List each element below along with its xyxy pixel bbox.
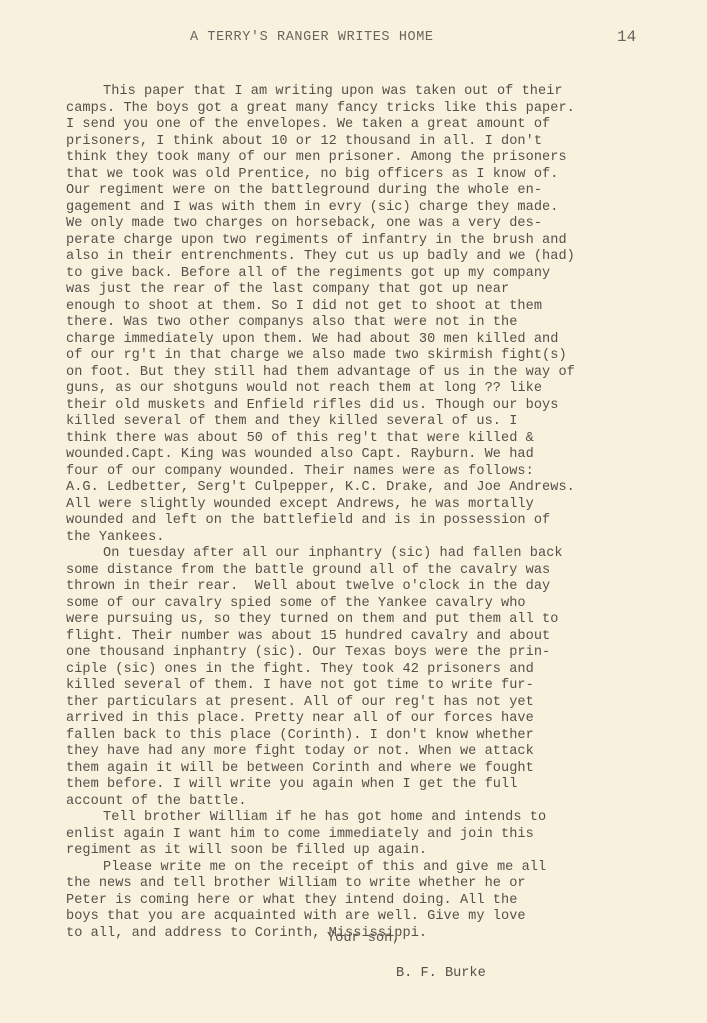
letter-line: enough to shoot at them. So I did not ge…: [66, 299, 686, 316]
letter-line: perate charge upon two regiments of infa…: [66, 233, 686, 250]
running-title: A TERRY'S RANGER WRITES HOME: [190, 30, 434, 45]
letter-line: some of our cavalry spied some of the Ya…: [66, 596, 686, 613]
letter-line: flight. Their number was about 15 hundre…: [66, 629, 686, 646]
letter-signature: B. F. Burke: [396, 966, 486, 981]
letter-line: they have had any more fight today or no…: [66, 744, 686, 761]
letter-line: Please write me on the receipt of this a…: [66, 860, 686, 877]
letter-line: enlist again I want him to come immediat…: [66, 827, 686, 844]
page-number: 14: [617, 28, 636, 46]
letter-line: On tuesday after all our inphantry (sic)…: [66, 546, 686, 563]
document-page: A TERRY'S RANGER WRITES HOME 14 This pap…: [0, 0, 707, 1023]
letter-line: one thousand inphantry (sic). Our Texas …: [66, 645, 686, 662]
letter-line: Our regiment were on the battleground du…: [66, 183, 686, 200]
letter-line: thrown in their rear. Well about twelve …: [66, 579, 686, 596]
letter-line: gagement and I was with them in evry (si…: [66, 200, 686, 217]
letter-line: wounded.Capt. King was wounded also Capt…: [66, 447, 686, 464]
letter-line: We only made two charges on horseback, o…: [66, 216, 686, 233]
letter-line: arrived in this place. Pretty near all o…: [66, 711, 686, 728]
letter-line: regiment as it will soon be filled up ag…: [66, 843, 686, 860]
letter-line: ther particulars at present. All of our …: [66, 695, 686, 712]
letter-line: their old muskets and Enfield rifles did…: [66, 398, 686, 415]
letter-line: them again it will be between Corinth an…: [66, 761, 686, 778]
letter-line: Tell brother William if he has got home …: [66, 810, 686, 827]
letter-line: wounded and left on the battlefield and …: [66, 513, 686, 530]
letter-line: to give back. Before all of the regiment…: [66, 266, 686, 283]
letter-line: were pursuing us, so they turned on them…: [66, 612, 686, 629]
letter-line: account of the battle.: [66, 794, 686, 811]
letter-line: was just the rear of the last company th…: [66, 282, 686, 299]
letter-line: charge immediately upon them. We had abo…: [66, 332, 686, 349]
letter-line: of our rg't in that charge we also made …: [66, 348, 686, 365]
letter-line: the news and tell brother William to wri…: [66, 876, 686, 893]
letter-line: Peter is coming here or what they intend…: [66, 893, 686, 910]
letter-line: four of our company wounded. Their names…: [66, 464, 686, 481]
letter-line: them before. I will write you again when…: [66, 777, 686, 794]
letter-line: killed several of them. I have not got t…: [66, 678, 686, 695]
letter-line: camps. The boys got a great many fancy t…: [66, 101, 686, 118]
letter-line: some distance from the battle ground all…: [66, 563, 686, 580]
letter-line: I send you one of the envelopes. We take…: [66, 117, 686, 134]
letter-line: on foot. But they still had them advanta…: [66, 365, 686, 382]
letter-line: think there was about 50 of this reg't t…: [66, 431, 686, 448]
letter-line: that we took was old Prentice, no big of…: [66, 167, 686, 184]
letter-closing: Your son,: [327, 931, 400, 946]
letter-line: think they took many of our men prisoner…: [66, 150, 686, 167]
letter-line: there. Was two other companys also that …: [66, 315, 686, 332]
running-header: A TERRY'S RANGER WRITES HOME 14: [0, 30, 707, 50]
letter-line: This paper that I am writing upon was ta…: [66, 84, 686, 101]
letter-line: ciple (sic) ones in the fight. They took…: [66, 662, 686, 679]
letter-line: boys that you are acquainted with are we…: [66, 909, 686, 926]
letter-line: the Yankees.: [66, 530, 686, 547]
letter-line: All were slightly wounded except Andrews…: [66, 497, 686, 514]
letter-line: killed several of them and they killed s…: [66, 414, 686, 431]
letter-line: A.G. Ledbetter, Serg't Culpepper, K.C. D…: [66, 480, 686, 497]
letter-line: guns, as our shotguns would not reach th…: [66, 381, 686, 398]
letter-body: This paper that I am writing upon was ta…: [66, 84, 686, 942]
letter-line: fallen back to this place (Corinth). I d…: [66, 728, 686, 745]
letter-line: also in their entrenchments. They cut us…: [66, 249, 686, 266]
letter-line: prisoners, I think about 10 or 12 thousa…: [66, 134, 686, 151]
